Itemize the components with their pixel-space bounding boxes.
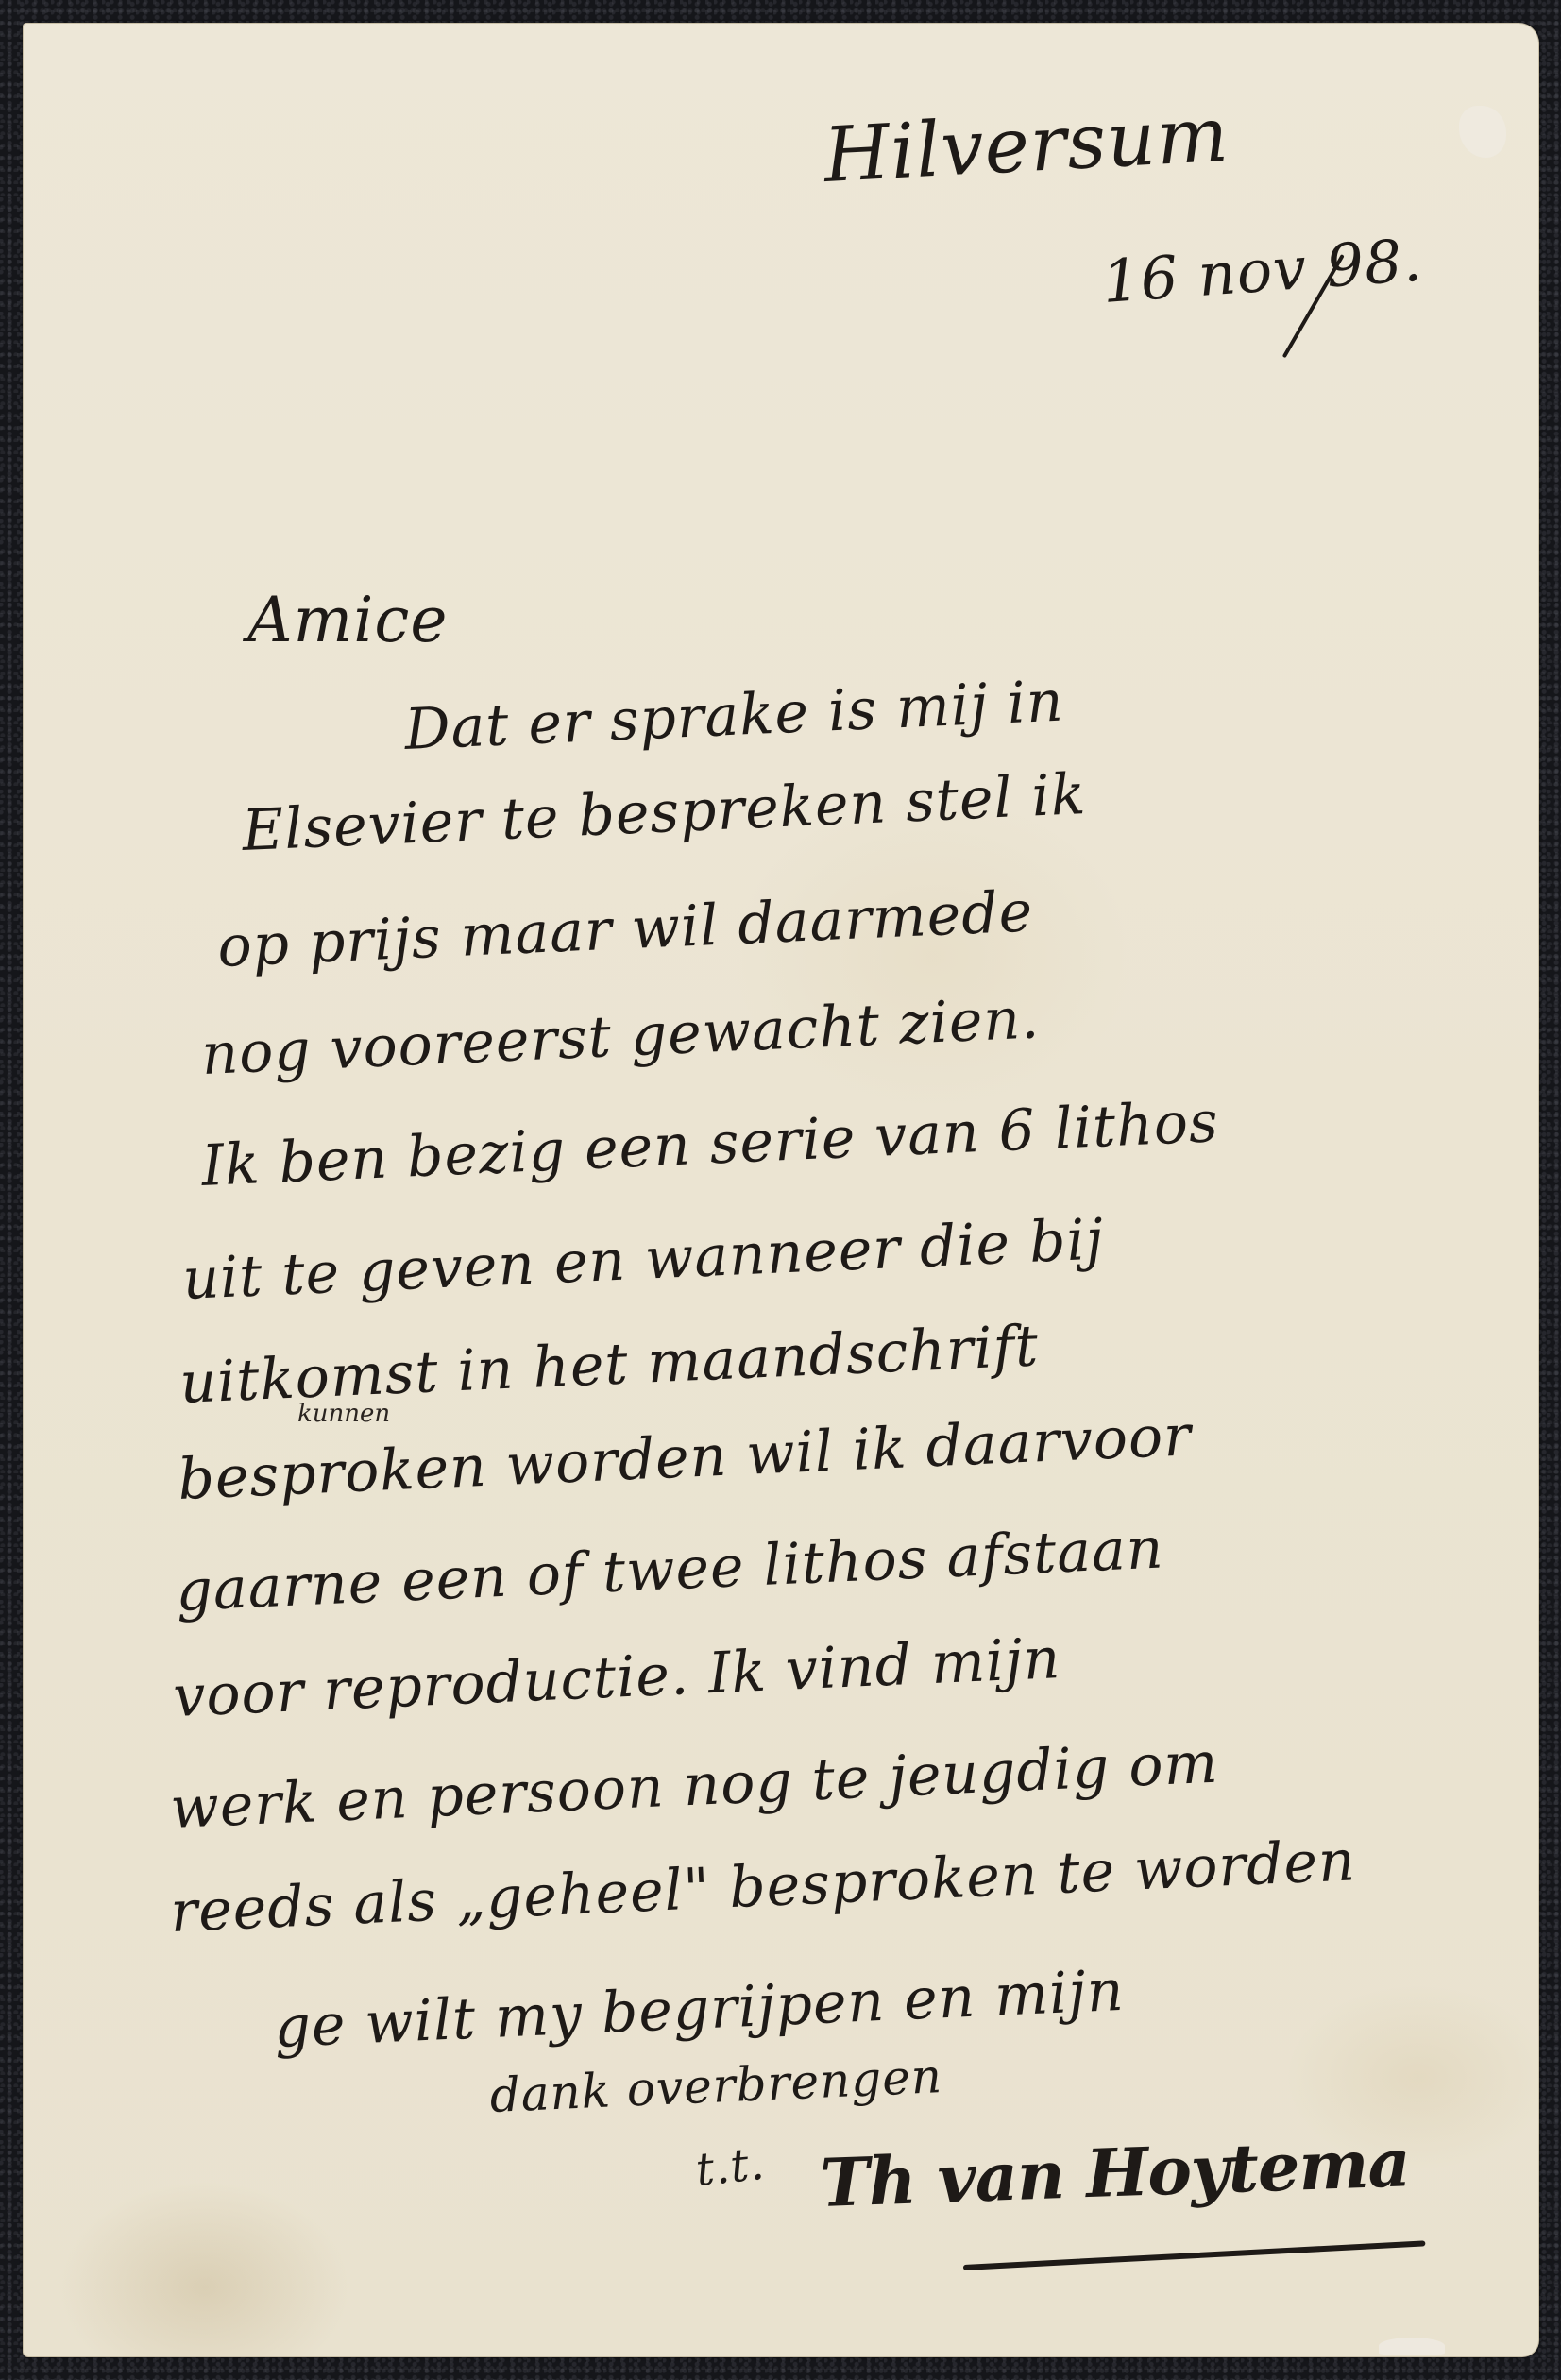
letter-salutation: Amice [247,584,448,656]
interlinear-insertion: kunnen [297,1400,390,1428]
closing-prefix: t.t. [693,2137,768,2197]
paper-abrasion-bottom [1379,2337,1445,2354]
